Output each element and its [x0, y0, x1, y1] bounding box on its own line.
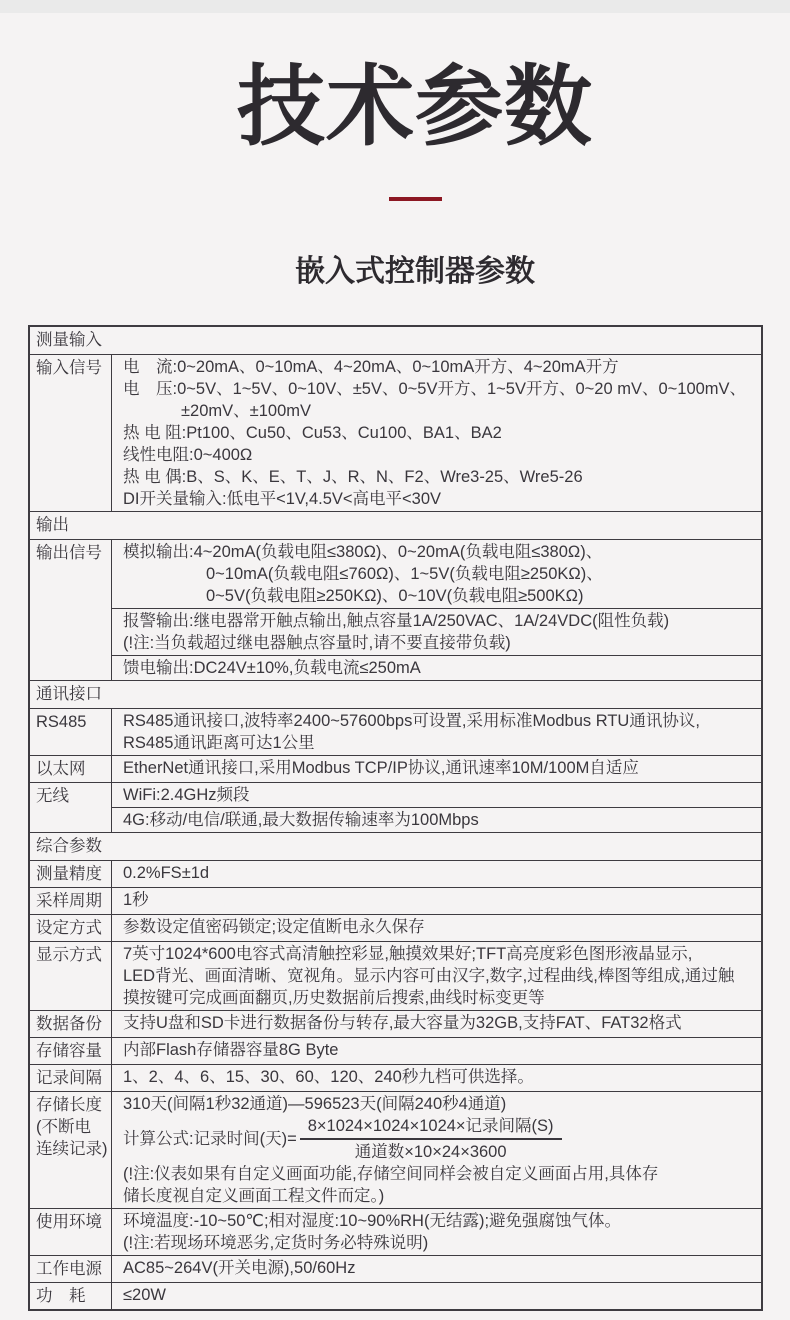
spec-row-value: 内部Flash存储器容量8G Byte	[112, 1038, 761, 1064]
spec-value-line: RS485通讯距离可达1公里	[123, 732, 757, 754]
spec-row-label: 输入信号	[30, 355, 112, 511]
spec-row-label-line: (不断电	[36, 1116, 109, 1138]
spec-row: 输出信号模拟输出:4~20mA(负载电阻≤380Ω)、0~20mA(负载电阻≤3…	[30, 539, 761, 680]
spec-value-line: 支持U盘和SD卡进行数据备份与转存,最大容量为32GB,支持FAT、FAT32格…	[123, 1012, 757, 1034]
spec-row-value: 环境温度:-10~50℃;相对湿度:10~90%RH(无结露);避免强腐蚀气体。…	[112, 1209, 761, 1255]
page-subtitle: 嵌入式控制器参数	[40, 255, 790, 289]
spec-value-line: ±20mV、±100mV	[123, 400, 757, 422]
section-header-row: 综合参数	[30, 832, 761, 860]
spec-row-label: 测量精度	[30, 861, 112, 887]
formula-numerator: 8×1024×1024×1024×记录间隔(S)	[300, 1115, 562, 1140]
spec-row-label: 工作电源	[30, 1256, 112, 1282]
spec-value-subcell: EtherNet通讯接口,采用Modbus TCP/IP协议,通讯速率10M/1…	[112, 756, 761, 782]
spec-row-label: 使用环境	[30, 1209, 112, 1255]
spec-row-value: 支持U盘和SD卡进行数据备份与转存,最大容量为32GB,支持FAT、FAT32格…	[112, 1011, 761, 1037]
spec-value-line: (!注:当负载超过继电器触点容量时,请不要直接带负载)	[123, 632, 757, 654]
spec-row-value: EtherNet通讯接口,采用Modbus TCP/IP协议,通讯速率10M/1…	[112, 756, 761, 782]
spec-value-line: 4G:移动/电信/联通,最大数据传输速率为100Mbps	[123, 809, 757, 831]
spec-row: RS485RS485通讯接口,波特率2400~57600bps可设置,采用标准M…	[30, 708, 761, 755]
spec-row-label: 记录间隔	[30, 1065, 112, 1091]
top-strip	[0, 0, 790, 13]
spec-row-value: ≤20W	[112, 1283, 761, 1309]
spec-row-label-line: 功 耗	[36, 1285, 109, 1307]
spec-value-line: 0~10mA(负载电阻≤760Ω)、1~5V(负载电阻≥250KΩ)、	[123, 563, 757, 585]
spec-value-line: WiFi:2.4GHz频段	[123, 784, 757, 806]
spec-row-label-line: 以太网	[36, 758, 109, 780]
spec-row-value: 电 流:0~20mA、0~10mA、4~20mA、0~10mA开方、4~20mA…	[112, 355, 761, 511]
spec-row: 记录间隔1、2、4、6、15、30、60、120、240秒九档可供选择。	[30, 1064, 761, 1091]
spec-row-label-line: 数据备份	[36, 1013, 109, 1035]
spec-value-subcell: RS485通讯接口,波特率2400~57600bps可设置,采用标准Modbus…	[112, 709, 761, 755]
spec-row: 设定方式参数设定值密码锁定;设定值断电永久保存	[30, 914, 761, 941]
spec-row-value: AC85~264V(开关电源),50/60Hz	[112, 1256, 761, 1282]
spec-row: 无线WiFi:2.4GHz频段4G:移动/电信/联通,最大数据传输速率为100M…	[30, 782, 761, 832]
spec-row-label-line: 无线	[36, 785, 109, 807]
spec-row-label-line: 测量精度	[36, 863, 109, 885]
spec-value-subcell: 参数设定值密码锁定;设定值断电永久保存	[112, 915, 761, 941]
spec-value-line: 电 流:0~20mA、0~10mA、4~20mA、0~10mA开方、4~20mA…	[123, 356, 757, 378]
spec-value-line: LED背光、画面清晰、宽视角。显示内容可由汉字,数字,过程曲线,棒图等组成,通过…	[123, 965, 757, 987]
spec-value-subcell: 电 流:0~20mA、0~10mA、4~20mA、0~10mA开方、4~20mA…	[112, 355, 761, 511]
spec-value-subcell: 模拟输出:4~20mA(负载电阻≤380Ω)、0~20mA(负载电阻≤380Ω)…	[112, 540, 761, 608]
spec-row: 输入信号电 流:0~20mA、0~10mA、4~20mA、0~10mA开方、4~…	[30, 354, 761, 511]
spec-value-line: 0~5V(负载电阻≥250KΩ)、0~10V(负载电阻≥500KΩ)	[123, 585, 757, 607]
spec-value-line: 储长度视自定义画面工程文件而定。)	[123, 1185, 757, 1207]
spec-row-label-line: 输入信号	[36, 357, 109, 379]
section-label: 测量输入	[36, 331, 102, 349]
spec-row: 测量精度0.2%FS±1d	[30, 860, 761, 887]
spec-row-label-line: 连续记录)	[36, 1138, 109, 1160]
spec-row-label: 存储长度(不断电连续记录)	[30, 1092, 112, 1208]
spec-value-line: (!注:仪表如果有自定义画面功能,存储空间同样会被自定义画面占用,具体存	[123, 1163, 757, 1185]
spec-value-subcell: WiFi:2.4GHz频段	[112, 783, 761, 807]
spec-value-line: 0.2%FS±1d	[123, 862, 757, 884]
spec-value-line: RS485通讯接口,波特率2400~57600bps可设置,采用标准Modbus…	[123, 710, 757, 732]
spec-row-label: 数据备份	[30, 1011, 112, 1037]
spec-row-label: RS485	[30, 709, 112, 755]
spec-value-line: 摸按键可完成画面翻页,历史数据前后搜索,曲线时标变更等	[123, 987, 757, 1009]
spec-value-line: 热 电 阻:Pt100、Cu50、Cu53、Cu100、BA1、BA2	[123, 422, 757, 444]
spec-row-label-line: 采样周期	[36, 890, 109, 912]
spec-value-subcell: AC85~264V(开关电源),50/60Hz	[112, 1256, 761, 1282]
spec-value-subcell: 4G:移动/电信/联通,最大数据传输速率为100Mbps	[112, 807, 761, 832]
spec-row-value: 1、2、4、6、15、30、60、120、240秒九档可供选择。	[112, 1065, 761, 1091]
spec-table: 测量输入输入信号电 流:0~20mA、0~10mA、4~20mA、0~10mA开…	[28, 325, 763, 1311]
spec-row-value: 1秒	[112, 888, 761, 914]
section-header-row: 通讯接口	[30, 680, 761, 708]
section-header-row: 测量输入	[30, 327, 761, 354]
spec-value-line: 参数设定值密码锁定;设定值断电永久保存	[123, 916, 757, 938]
spec-value-subcell: 环境温度:-10~50℃;相对湿度:10~90%RH(无结露);避免强腐蚀气体。…	[112, 1209, 761, 1255]
spec-value-line: 报警输出:继电器常开触点输出,触点容量1A/250VAC、1A/24VDC(阻性…	[123, 610, 757, 632]
section-label: 输出	[36, 516, 69, 534]
spec-row-value: 参数设定值密码锁定;设定值断电永久保存	[112, 915, 761, 941]
spec-row: 采样周期1秒	[30, 887, 761, 914]
spec-value-subcell: 0.2%FS±1d	[112, 861, 761, 887]
spec-value-subcell: 7英寸1024*600电容式高清触控彩显,触摸效果好;TFT高亮度彩色图形液晶显…	[112, 942, 761, 1010]
spec-value-subcell: 内部Flash存储器容量8G Byte	[112, 1038, 761, 1064]
spec-value-line: EtherNet通讯接口,采用Modbus TCP/IP协议,通讯速率10M/1…	[123, 757, 757, 779]
spec-row-label: 显示方式	[30, 942, 112, 1010]
spec-row: 显示方式7英寸1024*600电容式高清触控彩显,触摸效果好;TFT高亮度彩色图…	[30, 941, 761, 1010]
formula-fraction: 8×1024×1024×1024×记录间隔(S)通道数×10×24×3600	[300, 1115, 562, 1163]
spec-row-label-line: 记录间隔	[36, 1067, 109, 1089]
spec-value-subcell: ≤20W	[112, 1283, 761, 1309]
spec-row: 工作电源AC85~264V(开关电源),50/60Hz	[30, 1255, 761, 1282]
spec-row-label-line: 存储容量	[36, 1040, 109, 1062]
spec-value-line: (!注:若现场环境恶劣,定货时务必特殊说明)	[123, 1232, 757, 1254]
spec-value-line: 310天(间隔1秒32通道)—596523天(间隔240秒4通道)	[123, 1093, 757, 1115]
spec-row-label: 设定方式	[30, 915, 112, 941]
spec-row: 以太网EtherNet通讯接口,采用Modbus TCP/IP协议,通讯速率10…	[30, 755, 761, 782]
spec-row-label: 以太网	[30, 756, 112, 782]
spec-row-label-line: 设定方式	[36, 917, 109, 939]
spec-row-label-line: 工作电源	[36, 1258, 109, 1280]
spec-row-label-line: 显示方式	[36, 944, 109, 966]
spec-row-value: 7英寸1024*600电容式高清触控彩显,触摸效果好;TFT高亮度彩色图形液晶显…	[112, 942, 761, 1010]
spec-row-label: 无线	[30, 783, 112, 832]
spec-row-value: WiFi:2.4GHz频段4G:移动/电信/联通,最大数据传输速率为100Mbp…	[112, 783, 761, 832]
spec-row-label-line: 使用环境	[36, 1211, 109, 1233]
spec-row-label: 存储容量	[30, 1038, 112, 1064]
spec-value-subcell: 1秒	[112, 888, 761, 914]
formula-denominator: 通道数×10×24×3600	[300, 1140, 562, 1163]
spec-value-line: 7英寸1024*600电容式高清触控彩显,触摸效果好;TFT高亮度彩色图形液晶显…	[123, 943, 757, 965]
spec-row-label-line: RS485	[36, 711, 109, 733]
spec-row-value: 310天(间隔1秒32通道)—596523天(间隔240秒4通道)计算公式:记录…	[112, 1092, 761, 1208]
spec-value-subcell: 报警输出:继电器常开触点输出,触点容量1A/250VAC、1A/24VDC(阻性…	[112, 608, 761, 655]
spec-value-subcell: 310天(间隔1秒32通道)—596523天(间隔240秒4通道)计算公式:记录…	[112, 1092, 761, 1208]
spec-value-line: 1、2、4、6、15、30、60、120、240秒九档可供选择。	[123, 1066, 757, 1088]
record-time-formula: 计算公式:记录时间(天)=8×1024×1024×1024×记录间隔(S)通道数…	[123, 1115, 757, 1163]
spec-row-label-line: 存储长度	[36, 1094, 109, 1116]
spec-row: 使用环境环境温度:-10~50℃;相对湿度:10~90%RH(无结露);避免强腐…	[30, 1208, 761, 1255]
spec-row: 功 耗≤20W	[30, 1282, 761, 1309]
header: 技术参数 嵌入式控制器参数	[0, 57, 790, 289]
spec-row-label: 采样周期	[30, 888, 112, 914]
spec-row: 数据备份支持U盘和SD卡进行数据备份与转存,最大容量为32GB,支持FAT、FA…	[30, 1010, 761, 1037]
spec-value-line: 1秒	[123, 889, 757, 911]
spec-row-value: 0.2%FS±1d	[112, 861, 761, 887]
title-divider	[389, 197, 442, 201]
spec-value-line: 线性电阻:0~400Ω	[123, 444, 757, 466]
spec-value-subcell: 馈电输出:DC24V±10%,负载电流≤250mA	[112, 655, 761, 680]
spec-row-label: 功 耗	[30, 1283, 112, 1309]
spec-value-line: 馈电输出:DC24V±10%,负载电流≤250mA	[123, 657, 757, 679]
spec-value-line: 环境温度:-10~50℃;相对湿度:10~90%RH(无结露);避免强腐蚀气体。	[123, 1210, 757, 1232]
spec-row: 存储容量内部Flash存储器容量8G Byte	[30, 1037, 761, 1064]
spec-row: 存储长度(不断电连续记录)310天(间隔1秒32通道)—596523天(间隔24…	[30, 1091, 761, 1208]
section-label: 通讯接口	[36, 685, 102, 703]
section-label: 综合参数	[36, 837, 102, 855]
spec-row-value: RS485通讯接口,波特率2400~57600bps可设置,采用标准Modbus…	[112, 709, 761, 755]
spec-value-line: 内部Flash存储器容量8G Byte	[123, 1039, 757, 1061]
spec-value-line: DI开关量输入:低电平<1V,4.5V<高电平<30V	[123, 488, 757, 510]
page-title: 技术参数	[40, 57, 790, 157]
spec-value-line: ≤20W	[123, 1284, 757, 1306]
spec-value-line: 电 压:0~5V、1~5V、0~10V、±5V、0~5V开方、1~5V开方、0~…	[123, 378, 757, 400]
spec-value-subcell: 支持U盘和SD卡进行数据备份与转存,最大容量为32GB,支持FAT、FAT32格…	[112, 1011, 761, 1037]
spec-value-subcell: 1、2、4、6、15、30、60、120、240秒九档可供选择。	[112, 1065, 761, 1091]
spec-row-label-line: 输出信号	[36, 542, 109, 564]
section-header-row: 输出	[30, 511, 761, 539]
formula-prefix: 计算公式:记录时间(天)=	[123, 1128, 297, 1150]
spec-row-value: 模拟输出:4~20mA(负载电阻≤380Ω)、0~20mA(负载电阻≤380Ω)…	[112, 540, 761, 680]
spec-value-line: 热 电 偶:B、S、K、E、T、J、R、N、F2、Wre3-25、Wre5-26	[123, 466, 757, 488]
spec-value-line: AC85~264V(开关电源),50/60Hz	[123, 1257, 757, 1279]
spec-value-line: 模拟输出:4~20mA(负载电阻≤380Ω)、0~20mA(负载电阻≤380Ω)…	[123, 541, 757, 563]
spec-row-label: 输出信号	[30, 540, 112, 680]
